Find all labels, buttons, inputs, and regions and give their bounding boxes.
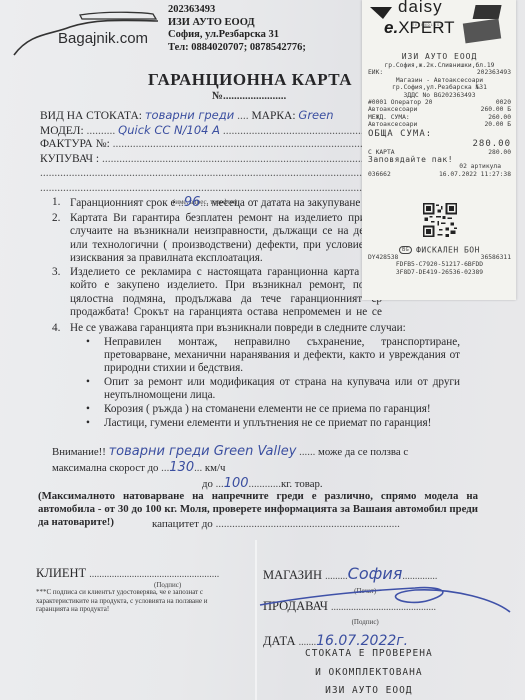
fiscal-code-1: FDFB5-C7920-51217-6BFDD xyxy=(368,261,511,268)
receipt-subtotal: МЕЖД. СУМА:260.00 xyxy=(368,114,511,121)
exclusion-item: •Неправилен монтаж, неправилно съхранени… xyxy=(86,336,460,375)
buyer-label: КУПУВАЧ : xyxy=(40,153,99,165)
load-notice: Внимание!! товарни греди Green Valley ..… xyxy=(52,444,470,492)
fiscal-info: BGФИСКАЛЕН БОН DY42853836586311 FDFB5-C7… xyxy=(368,246,511,276)
max-speed-value[interactable]: 130 xyxy=(169,460,194,475)
shop-value[interactable]: София xyxy=(348,564,403,583)
receipt-item: Автоаксесоари260.00 Б xyxy=(368,106,511,113)
brand-value[interactable]: Green xyxy=(298,108,333,122)
receipt-total-value: 280.00 xyxy=(368,139,511,149)
capacity-row: капацитет до ...........................… xyxy=(152,518,400,530)
fiscal-label-row: BGФИСКАЛЕН БОН xyxy=(368,246,511,254)
brand-label: МАРКА: xyxy=(251,110,295,122)
goods-label: ВИД НА СТОКАТА: xyxy=(40,110,142,122)
receipt-cashier: #0001 Оператор 200020 xyxy=(368,99,511,106)
company-phone: Тел: 0884020707; 0878542776; xyxy=(168,42,306,55)
receipt-body: ИЗИ АУТО ЕООД гр.София,ж.2к.Сливнишки,бл… xyxy=(368,52,511,178)
clause-2: 2. Картата Ви гарантира безплатен ремонт… xyxy=(52,212,382,266)
buyer-row: КУПУВАЧ : ..............................… xyxy=(40,152,370,167)
fiscal-receipt: daisy TECHNOLOGY e.XPERT ИЗИ АУТО ЕООД г… xyxy=(362,0,516,300)
model-row: МОДЕЛ: .......... Quick CC N/104 A .....… xyxy=(40,123,370,138)
exclusions-list: •Неправилен монтаж, неправилно съхранени… xyxy=(86,336,460,431)
exclusion-item: •Корозия ( ръжда ) на стоманени елементи… xyxy=(86,403,460,416)
client-signature: КЛИЕНТ .................................… xyxy=(36,566,219,589)
clause-3: 3. Изделието се рекламира с настоящата г… xyxy=(52,266,382,320)
exclusion-item: •Ластици, гумени елементи и уплътнения н… xyxy=(86,417,460,430)
warranty-months-value[interactable]: 96 xyxy=(184,196,201,210)
max-load-value[interactable]: 100 xyxy=(224,476,249,491)
shop-signatures: МАГАЗИН .........София.............. (Пе… xyxy=(263,566,437,650)
invoice-field[interactable]: ........................................… xyxy=(113,138,370,150)
checked-stamp: СТОКАТА Е ПРОВЕРЕНА И ОКОМПЛЕКТОВАНА ИЗИ… xyxy=(305,645,433,700)
receipt-eik: ЕИК:202363493 xyxy=(368,69,511,76)
buyer-line-2[interactable]: ........................................… xyxy=(40,166,370,181)
invoice-label: ФАКТУРА №: xyxy=(40,138,110,150)
attention-value[interactable]: товарни греди Green Valley xyxy=(109,444,297,459)
bg-badge-icon: BG xyxy=(399,246,412,254)
card-number: №....................... xyxy=(212,90,286,102)
receipt-articles: 02 артикула xyxy=(368,163,511,170)
receipt-shop-address: гр.София,ул.Резбарска №31 xyxy=(368,84,511,91)
receipt-item: Автоаксесоари20.00 Б xyxy=(368,121,511,128)
fold-line xyxy=(255,540,257,700)
qr-code-icon xyxy=(423,203,457,237)
logo-text: Bagajnik.com xyxy=(58,30,148,47)
buyer-field[interactable]: ........................................… xyxy=(102,153,370,165)
invoice-row: ФАКТУРА №: .............................… xyxy=(40,137,370,152)
receipt-address: гр.София,ж.2к.Сливнишки,бл.19 xyxy=(368,62,511,69)
clause-4: 4. Не се уважава гаранцията при възникна… xyxy=(52,322,472,336)
model-value[interactable]: Quick CC N/104 A xyxy=(118,123,220,137)
seller-signature-field[interactable]: ........................................… xyxy=(331,602,436,613)
client-signature-field[interactable]: ........................................… xyxy=(89,569,219,580)
attention-label: Внимание!! xyxy=(52,446,106,458)
fiscal-code-2: 3F8D7-DE419-26536-02389 xyxy=(368,269,511,276)
page-title: ГАРАНЦИОННА КАРТА xyxy=(148,70,352,90)
model-label: МОДЕЛ: xyxy=(40,125,84,137)
receipt-brand: daisy xyxy=(398,3,443,10)
company-info: 202363493 ИЗИ АУТО ЕООД София, ул.Резбар… xyxy=(168,4,306,54)
fiscal-ids: DY42853836586311 xyxy=(368,254,511,261)
client-note: ***С подписа си клиентът удостоверява, ч… xyxy=(36,588,221,614)
receipt-company: ИЗИ АУТО ЕООД xyxy=(368,52,511,62)
receipt-model: e.XPERT xyxy=(384,24,455,31)
company-address: София, ул.Резбарска 31 xyxy=(168,29,306,42)
goods-value[interactable]: товарни греди xyxy=(145,108,234,122)
receipt-total-label: ОБЩА СУМА: xyxy=(368,129,511,139)
clause-1: 1. Гаранционният срок е ..96... месеца о… xyxy=(52,196,382,211)
product-fields: ВИД НА СТОКАТА: товарни греди .... МАРКА… xyxy=(40,108,370,210)
capacity-field[interactable]: ........................................… xyxy=(216,518,400,530)
warranty-clauses: 1. Гаранционният срок е ..96... месеца о… xyxy=(52,196,382,320)
exclusion-item: •Опит за ремонт или модификация от стран… xyxy=(86,376,460,402)
receipt-thanks: Заповядайте пак! xyxy=(368,156,511,163)
company-name: ИЗИ АУТО ЕООД xyxy=(168,17,306,30)
buyer-line-3[interactable]: ........................................… xyxy=(40,181,370,196)
receipt-datetime: 03666216.07.2022 11:27:38 xyxy=(368,171,511,178)
company-id: 202363493 xyxy=(168,4,306,17)
goods-row: ВИД НА СТОКАТА: товарни греди .... МАРКА… xyxy=(40,108,370,123)
receipt-vat: ЗДДС No BG202363493 xyxy=(368,92,511,99)
